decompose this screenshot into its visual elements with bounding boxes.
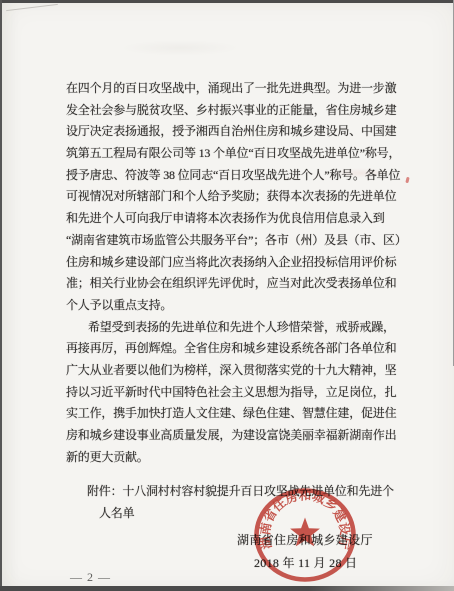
scan-border-bottom	[0, 586, 454, 591]
ink-speck-artifact	[405, 177, 409, 184]
body-line: 可视情况对所辖部门和个人给予奖励；获得本次表扬的先进单位	[66, 186, 406, 208]
body-line: 准；相关行业协会在组织评先评优时，应当对此次受表扬单位和	[66, 273, 406, 295]
scan-border-top	[0, 0, 454, 3]
scan-smudge	[120, 40, 240, 56]
body-line: 实工作，携手加快打造人文住建、绿色住建、智慧住建，促进住	[66, 403, 406, 425]
body-line: 发全社会参与脱贫攻坚、乡村振兴事业的正能量，省住房城乡建	[66, 100, 406, 122]
body-line: 和先进个人可向我厅申请将本次表扬作为优良信用信息录入到	[66, 208, 406, 230]
scanned-document-page: 在四个月的百日攻坚战中，涌现出了一批先进典型。为进一步激 发全社会参与脱贫攻坚、…	[0, 0, 454, 591]
body-line: 个人予以重点支持。	[66, 295, 406, 317]
document-body: 在四个月的百日攻坚战中，涌现出了一批先进典型。为进一步激 发全社会参与脱贫攻坚、…	[66, 78, 406, 468]
official-seal: 湖南省住房和城乡建设厅	[249, 484, 361, 586]
body-line: “湖南省建筑市场监管公共服务平台”；各市（州）及县（市、区）	[66, 230, 406, 252]
body-line: 住房和城乡建设部门应当将此次表扬纳入企业招投标信用评价标	[66, 252, 406, 274]
scan-border-left	[0, 0, 2, 591]
body-line: 筑第五工程局有限公司等 13 个单位“百日攻坚战先进单位”称号，	[66, 143, 406, 165]
body-line: 授予唐忠、符波等 38 位同志“百日攻坚战先进个人”称号。各单位	[66, 165, 406, 187]
body-line: 持以习近平新时代中国特色社会主义思想为指导，立足岗位，扎	[66, 382, 406, 404]
body-line: 新的更大贡献。	[66, 447, 406, 469]
body-line: 希望受到表扬的先进单位和先进个人珍惜荣誉，戒骄戒躁，	[66, 317, 406, 339]
body-line: 再接再厉，再创辉煌。全省住房和城乡建设系统各部门各单位和	[66, 338, 406, 360]
corner-fold-artifact	[6, 4, 58, 11]
attachment-label: 附件：	[87, 484, 122, 498]
body-line: 房和城乡建设事业高质量发展，为建设富饶美丽幸福新湖南作出	[66, 425, 406, 447]
page-number: — 2 —	[70, 570, 111, 585]
body-line: 在四个月的百日攻坚战中，涌现出了一批先进典型。为进一步激	[66, 78, 406, 100]
body-line: 广大从业者要以他们为榜样，深入贯彻落实党的十九大精神，坚	[66, 360, 406, 382]
body-line: 设厅决定表扬通报，授予湘西自治州住房和城乡建设局、中国建	[66, 121, 406, 143]
star-icon	[290, 518, 320, 547]
